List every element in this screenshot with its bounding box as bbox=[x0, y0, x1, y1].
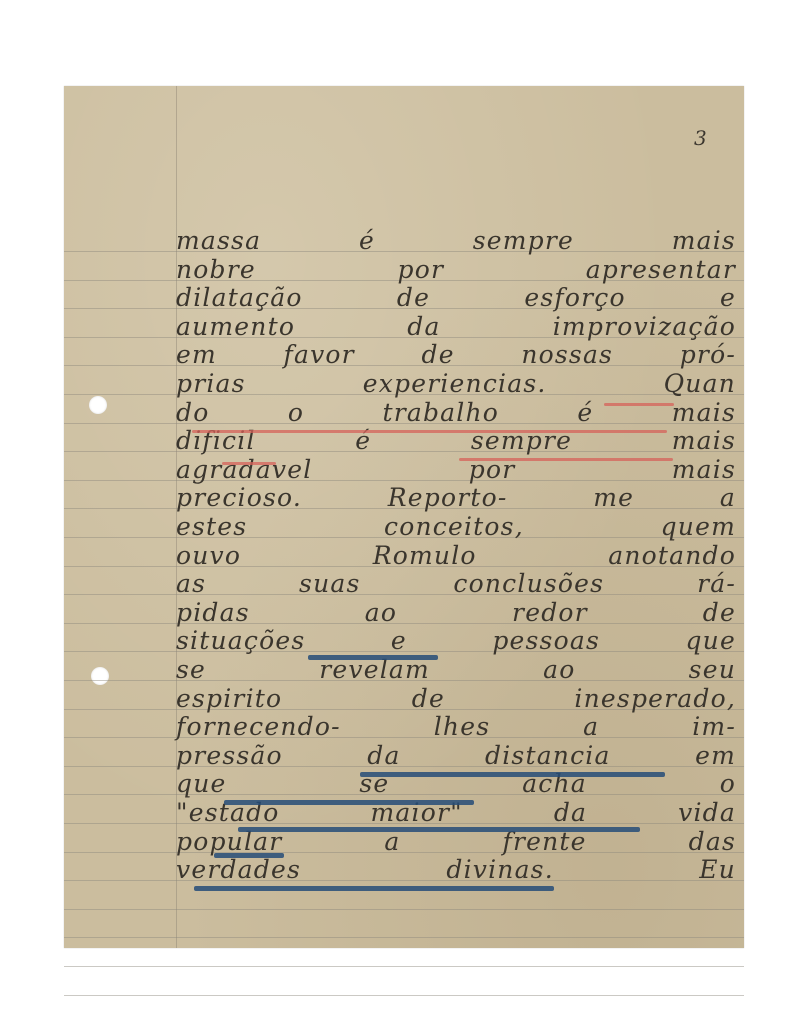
text-line: ouvoRomuloanotando bbox=[176, 541, 736, 570]
text-line: fornecendo-lhesaim- bbox=[176, 712, 736, 741]
text-line: espiritodeinesperado, bbox=[176, 684, 736, 713]
word: pidas bbox=[176, 598, 250, 627]
word: Eu bbox=[699, 855, 736, 884]
punch-hole-bottom bbox=[91, 667, 109, 685]
word: é bbox=[359, 226, 375, 255]
word: experiencias. bbox=[363, 369, 547, 398]
word: precioso. bbox=[176, 483, 302, 512]
word: rá- bbox=[697, 569, 736, 598]
word: distancia bbox=[485, 741, 611, 770]
red-underline-quan bbox=[604, 403, 674, 406]
red-underline-trabalho bbox=[192, 430, 667, 433]
word: por bbox=[398, 255, 445, 284]
word: de bbox=[397, 283, 430, 312]
text-line: emfavordenossaspró- bbox=[176, 340, 736, 369]
ruled-line bbox=[64, 937, 744, 938]
word: conclusões bbox=[453, 569, 604, 598]
text-line: aumentodaimprovização bbox=[176, 312, 736, 341]
text-line: pressãodadistanciaem bbox=[176, 741, 736, 770]
word: ao bbox=[543, 655, 575, 684]
word: quem bbox=[661, 512, 736, 541]
word: e bbox=[720, 283, 736, 312]
word: de bbox=[421, 340, 454, 369]
word: im- bbox=[692, 712, 736, 741]
blue-underline-estado-maior bbox=[224, 800, 474, 805]
text-line: verdadesdivinas.Eu bbox=[176, 855, 736, 884]
ruled-line bbox=[64, 966, 744, 967]
blue-underline-verdades bbox=[214, 853, 284, 858]
word: esforço bbox=[524, 283, 625, 312]
word: me bbox=[593, 483, 634, 512]
word: da bbox=[367, 741, 400, 770]
word: lhes bbox=[434, 712, 491, 741]
word: em bbox=[695, 741, 736, 770]
word: apresentar bbox=[586, 255, 736, 284]
word: suas bbox=[299, 569, 360, 598]
word: ouvo bbox=[176, 541, 241, 570]
word: pessoas bbox=[492, 626, 600, 655]
text-line: massaésempremais bbox=[176, 226, 736, 255]
manuscript-page: 3 massaésempremaisnobreporapresentardila… bbox=[64, 86, 744, 948]
text-line: estesconceitos,quem bbox=[176, 512, 736, 541]
word: Quan bbox=[664, 369, 736, 398]
word: do bbox=[176, 398, 209, 427]
word: agradavel bbox=[176, 455, 312, 484]
red-underline-agradavel bbox=[222, 462, 276, 465]
word: redor bbox=[512, 598, 588, 627]
word: vida bbox=[678, 798, 736, 827]
text-line: precioso.Reporto-mea bbox=[176, 483, 736, 512]
word: dilatação bbox=[176, 283, 303, 312]
blue-underline-distancia bbox=[360, 772, 665, 777]
word: de bbox=[703, 598, 736, 627]
word: que bbox=[176, 769, 227, 798]
word: nossas bbox=[521, 340, 613, 369]
word: mais bbox=[672, 426, 736, 455]
word: divinas. bbox=[446, 855, 554, 884]
text-line: dootrabalhoémais bbox=[176, 398, 736, 427]
word: improvização bbox=[553, 312, 736, 341]
word: ao bbox=[365, 598, 397, 627]
word: que bbox=[685, 626, 736, 655]
text-line: serevelamaoseu bbox=[176, 655, 736, 684]
word: favor bbox=[284, 340, 355, 369]
word: sempre bbox=[473, 226, 574, 255]
blue-underline-romulo bbox=[308, 655, 438, 660]
blue-underline-verdades-divinas bbox=[194, 886, 554, 891]
word: o bbox=[288, 398, 304, 427]
page-number: 3 bbox=[694, 126, 707, 150]
word: anotando bbox=[608, 541, 736, 570]
word: verdades bbox=[176, 855, 301, 884]
word: Reporto- bbox=[388, 483, 508, 512]
word: da bbox=[554, 798, 587, 827]
text-line: assuasconclusõesrá- bbox=[176, 569, 736, 598]
word: mais bbox=[672, 226, 736, 255]
word: a bbox=[720, 483, 736, 512]
word: aumento bbox=[176, 312, 295, 341]
word: estes bbox=[176, 512, 247, 541]
word: nobre bbox=[176, 255, 256, 284]
word: Romulo bbox=[373, 541, 477, 570]
ruled-line bbox=[64, 909, 744, 910]
word: e bbox=[391, 626, 407, 655]
word: espirito bbox=[176, 684, 282, 713]
word: massa bbox=[176, 226, 261, 255]
text-line: situaçõesepessoasque bbox=[176, 626, 736, 655]
red-underline-sempre-mais bbox=[459, 458, 673, 461]
word: situações bbox=[176, 626, 305, 655]
word: de bbox=[412, 684, 445, 713]
word: inesperado, bbox=[574, 684, 736, 713]
word: pressão bbox=[176, 741, 283, 770]
word: mais bbox=[672, 398, 736, 427]
word: a bbox=[583, 712, 599, 741]
word: seu bbox=[689, 655, 736, 684]
word: se bbox=[176, 655, 206, 684]
text-line: pidasaoredorde bbox=[176, 598, 736, 627]
text-line: priasexperiencias.Quan bbox=[176, 369, 736, 398]
word: conceitos, bbox=[384, 512, 524, 541]
word: fornecendo- bbox=[176, 712, 341, 741]
word: prias bbox=[176, 369, 246, 398]
word: trabalho bbox=[382, 398, 499, 427]
word: o bbox=[720, 769, 736, 798]
word: é bbox=[577, 398, 593, 427]
text-line: nobreporapresentar bbox=[176, 255, 736, 284]
word: das bbox=[689, 827, 736, 856]
word: as bbox=[176, 569, 206, 598]
ruled-line bbox=[64, 995, 744, 996]
word: em bbox=[176, 340, 217, 369]
word: pró- bbox=[680, 340, 736, 369]
word: mais bbox=[672, 455, 736, 484]
word: da bbox=[407, 312, 440, 341]
text-line: dilataçãodeesforçoe bbox=[176, 283, 736, 312]
blue-underline-vida-popular bbox=[238, 827, 640, 832]
punch-hole-top bbox=[89, 396, 107, 414]
